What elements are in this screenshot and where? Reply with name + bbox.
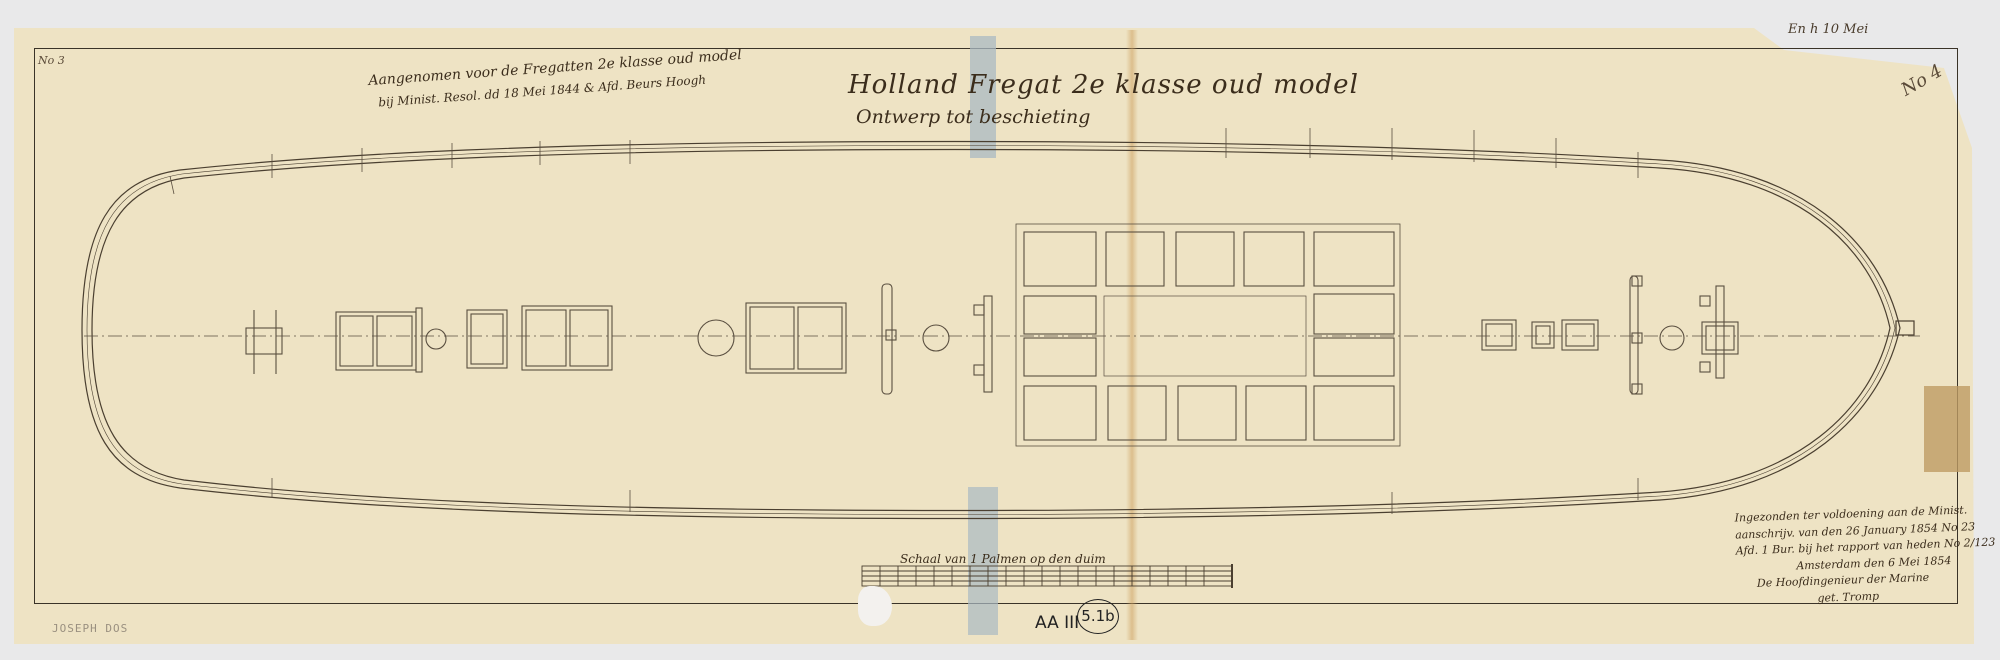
submission-note: Ingezonden ter voldoening aan de Minist.… (1734, 501, 1997, 609)
corner-label-top-left: No 3 (38, 54, 65, 67)
corner-label-top-right: En h 10 Mei (1788, 22, 1868, 37)
stamp-bottom-left: JOSEPH DOS (52, 622, 128, 635)
paper-tear (858, 586, 892, 626)
archive-circle-mark: 5.1b (1077, 599, 1119, 634)
drawing-title: Holland Fregat 2e klasse oud model (848, 70, 1359, 100)
drawing-subtitle: Ontwerp tot beschieting (856, 106, 1090, 128)
scale-label: Schaal van 1 Palmen op den duim (900, 552, 1106, 566)
archive-mark: AA III (1035, 613, 1079, 633)
scale-bar (862, 564, 1232, 588)
hull-outline-outer (82, 142, 1900, 519)
hull-outline-inner (92, 150, 1890, 511)
